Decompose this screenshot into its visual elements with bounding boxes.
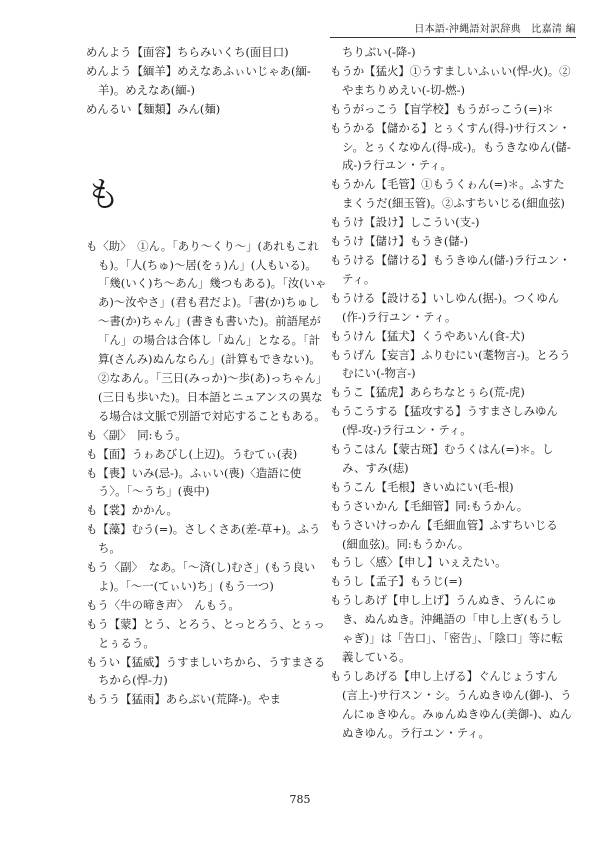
dictionary-entry: もうさいかん【毛細管】同:もうかん。: [330, 497, 572, 516]
dictionary-entry: もうがっこう【盲学校】もうがっこう(=)＊: [330, 100, 572, 119]
right-column: ちりぶい(-降-) もうか【猛火】①うすましいふぃい(悍-火)。②やまちりめえい…: [330, 43, 572, 743]
dictionary-entry: もうし〈感〉【申し】いぇえたい。: [330, 553, 572, 572]
dictionary-entry: もうしあげる【申し上げる】ぐんじょうすん(言上-)サ行スン・シ。うんぬきゆん(御…: [330, 667, 572, 743]
dictionary-entry: もうし【孟子】もうじ(=): [330, 572, 572, 591]
dictionary-entry: も【裳】かかん。: [86, 501, 328, 520]
dictionary-entry: も〈助〉 ①ん。「あり～くり～」(あれもこれも)。「人(ちゅ)～居(をぅ)ん」(…: [86, 237, 328, 426]
dictionary-entry: もうい【猛威】うすましいちから、うすまさるちから(悍-力): [86, 653, 328, 691]
dictionary-entry: もう〈副〉 なあ。「～済(し)むさ」(もう良いよ)。「～一(てぃい)ち」(もう一…: [86, 558, 328, 596]
dictionary-entry: もうかん【毛管】①もうくゎん(=)＊。ふすたまくうだ(細玉管)。②ふすちいじる(…: [330, 175, 572, 213]
dictionary-entry: もうこ【猛虎】あらちなとぅら(荒-虎): [330, 383, 572, 402]
dictionary-entry: めんよう【面容】ちらみいくち(面目口): [86, 43, 328, 62]
dictionary-entry-continued: ちりぶい(-降-): [330, 43, 572, 62]
dictionary-entry: もうさいけっかん【毛細血管】ふすちいじる(細血弦)。同:もうかん。: [330, 516, 572, 554]
dictionary-entry: もうか【猛火】①うすましいふぃい(悍-火)。②やまちりめえい(-切-燃-): [330, 62, 572, 100]
left-column: めんよう【面容】ちらみいくち(面目口) めんよう【緬羊】めえなあふぃいじゃあ(緬…: [86, 43, 328, 709]
dictionary-entry: もうける【儲ける】もうきゆん(儲-)ラ行ユン・ティ。: [330, 251, 572, 289]
dictionary-entry: もうう【猛雨】あらぶい(荒降-)。やま: [86, 690, 328, 709]
dictionary-entry: もうこうする【猛攻する】うすまさしみゆん(悍-攻-)ラ行ユン・ティ。: [330, 402, 572, 440]
dictionary-entry: も【面】うゎあびし(上辺)。うむてぃ(表): [86, 445, 328, 464]
dictionary-entry: もうしあげ【申し上げ】うんぬき、うんにゅき、ぬんぬき。沖縄語の「申し上ぎ(もうし…: [330, 591, 572, 667]
running-header: 日本語-沖縄語対訳辞典 比嘉清 編: [330, 20, 576, 38]
dictionary-entry: もう〈牛の啼き声〉 んもう。: [86, 596, 328, 615]
section-heading-kana: も: [86, 175, 328, 215]
dictionary-entry: もうかる【儲かる】とぅくすん(得-)サ行スン・シ。とぅくなゆん(得-成-)。もう…: [330, 119, 572, 176]
dictionary-entry: もうけ【設け】しこうい(支-): [330, 213, 572, 232]
dictionary-entry: も〈副〉 同:もう。: [86, 426, 328, 445]
dictionary-entry: めんよう【緬羊】めえなあふぃいじゃあ(緬-羊)。めえなあ(緬-): [86, 62, 328, 100]
page-number: 785: [0, 793, 600, 806]
dictionary-entry: めんるい【麺類】みん(麺): [86, 100, 328, 119]
dictionary-entry: もうこん【毛根】きいぬにい(毛-根): [330, 478, 572, 497]
dictionary-entry: も【藻】むう(=)。さしくさあ(差-草+)。ふうち。: [86, 520, 328, 558]
dictionary-entry: もうこはん【蒙古斑】むうくはん(=)＊。しみ、すみ(痣): [330, 440, 572, 478]
dictionary-entry: もうけ【儲け】もうき(儲-): [330, 232, 572, 251]
dictionary-entry: もう【蒙】とう、とろう、とっとろう、とぅっとぅるう。: [86, 615, 328, 653]
dictionary-entry: もうける【設ける】いしゆん(据-)。つくゆん(作-)ラ行ユン・ティ。: [330, 289, 572, 327]
dictionary-entry: も【喪】いみ(忌-)。ふぃい(喪)〈造語に使う〉。「～うち」(喪中): [86, 464, 328, 502]
dictionary-entry: もうげん【妄言】ふりむにい(耄物言-)。とろうむにい(-物言-): [330, 346, 572, 384]
dictionary-entry: もうけん【猛犬】くうやあいん(食-犬): [330, 327, 572, 346]
